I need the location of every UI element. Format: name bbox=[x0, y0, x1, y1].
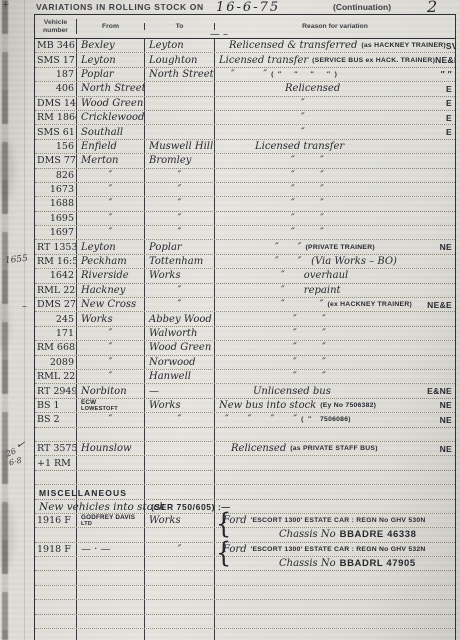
table-row: 1918 F — · — ″ { Ford 'ESCORT 1300' ESTA… bbox=[35, 543, 455, 557]
reason-text: Chassis No bbox=[279, 558, 336, 569]
reason-detail: BBADRE 46338 bbox=[340, 529, 417, 540]
from-cell: Hackney bbox=[77, 284, 145, 297]
reason-cell: ″ ″ (PRIVATE TRAINER) NE bbox=[215, 240, 455, 253]
reason-cell: { Ford 'ESCORT 1300' ESTATE CAR : REGN N… bbox=[215, 514, 455, 527]
vehicle-cell: RT 2949 bbox=[35, 384, 77, 397]
table-row: SMS 611 Southall ″ E bbox=[35, 125, 455, 139]
reason-cell: ″ ″ bbox=[215, 169, 455, 182]
reason-cell: ″ repaint bbox=[215, 284, 455, 297]
variation-code: E bbox=[446, 84, 455, 94]
header-stray-dash: — – bbox=[210, 29, 228, 40]
reason-detail: ( ″ 7506086) bbox=[301, 416, 351, 423]
reason-text: Relicensed & transferred bbox=[229, 40, 357, 51]
reason-cell: ″ ″ bbox=[215, 370, 455, 383]
variation-code: NE&E bbox=[427, 300, 455, 310]
reason-cell: ″ ″ bbox=[215, 327, 455, 340]
brace-mark: { bbox=[216, 508, 231, 540]
vehicle-cell: 1673 bbox=[35, 183, 77, 196]
vehicle-cell: 1642 bbox=[35, 269, 77, 282]
vehicle-cell: 156 bbox=[35, 140, 77, 153]
from-cell bbox=[77, 586, 145, 599]
to-cell: Muswell Hill bbox=[145, 140, 215, 153]
fold-crease bbox=[24, 0, 25, 640]
header-vehicle-number: Vehicle number bbox=[35, 19, 77, 35]
variation-code: NE bbox=[440, 400, 455, 410]
table-row: 826 ″ ″ ″ ″ bbox=[35, 169, 455, 183]
reason-cell: ″ ″ (Via Works – BO) bbox=[215, 255, 455, 268]
from-cell: ″ bbox=[77, 197, 145, 210]
to-cell bbox=[145, 456, 215, 469]
reason-cell: ″ ″ bbox=[215, 226, 455, 239]
reason-text: ″ ″ bbox=[291, 170, 324, 181]
from-cell: ″ bbox=[77, 327, 145, 340]
table-body: MB 346 Bexley Leyton Relicensed & transf… bbox=[35, 39, 455, 640]
to-cell: ″ bbox=[145, 197, 215, 210]
reason-text: ″ overhaul bbox=[281, 270, 348, 281]
to-cell: ″ bbox=[145, 413, 215, 426]
vehicle-cell bbox=[35, 600, 77, 613]
from-cell: ″ bbox=[77, 183, 145, 196]
margin-note: – bbox=[22, 301, 27, 312]
from-cell bbox=[77, 557, 145, 570]
date-handwritten: 16-6-75 bbox=[216, 0, 280, 15]
section-row: MISCELLANEOUS bbox=[35, 485, 455, 499]
table-row: RM 1864 Cricklewood ″ E bbox=[35, 111, 455, 125]
reason-text: ″ repaint bbox=[281, 285, 341, 296]
to-cell: Walworth bbox=[145, 327, 215, 340]
from-cell: GODFREY DAVISLTD bbox=[77, 514, 145, 527]
reason-text: Relicensed bbox=[285, 83, 340, 94]
vehicle-cell: MB 346 bbox=[35, 39, 77, 52]
table-row: 2089 ″ Norwood ″ ″ bbox=[35, 356, 455, 370]
vehicle-cell: RM 1864 bbox=[35, 111, 77, 124]
table-row: BS 1 ECWLOWESTOFT Works New bus into sto… bbox=[35, 399, 455, 413]
from-cell: — · — bbox=[77, 543, 145, 556]
vehicle-cell: RML 2281 bbox=[35, 284, 77, 297]
from-cell: Wood Green bbox=[77, 97, 145, 110]
vehicle-cell: 2089 bbox=[35, 356, 77, 369]
from-cell: ″ bbox=[77, 370, 145, 383]
to-cell bbox=[145, 82, 215, 95]
vehicle-cell: SMS 611 bbox=[35, 125, 77, 138]
reason-cell: New bus into stock (Ey No 7506382) NE bbox=[215, 399, 455, 412]
reason-detail: BBADRL 47905 bbox=[340, 558, 416, 569]
reason-cell: ″ ″ bbox=[215, 312, 455, 325]
table-row: DMS 1474 Wood Green ″ E bbox=[35, 97, 455, 111]
to-cell: Wood Green bbox=[145, 341, 215, 354]
reason-cell: Chassis No BBADRL 47905 bbox=[215, 557, 455, 570]
table-row bbox=[35, 586, 455, 600]
reason-text: ″ bbox=[301, 127, 305, 138]
vehicle-cell: 187 bbox=[35, 68, 77, 81]
reason-cell bbox=[215, 629, 455, 640]
from-cell bbox=[77, 615, 145, 628]
table-row: Chassis No BBADRL 47905 bbox=[35, 557, 455, 571]
vehicle-cell: DMS 777 bbox=[35, 154, 77, 167]
reason-detail: (SERVICE BUS ex HACK. TRAINER) bbox=[312, 57, 435, 64]
reason-cell bbox=[215, 586, 455, 599]
table-row: 171 ″ Walworth ″ ″ bbox=[35, 327, 455, 341]
from-cell: Hounslow bbox=[77, 442, 145, 455]
vehicle-cell: 245 bbox=[35, 312, 77, 325]
table-row: 406 North Street Relicensed E bbox=[35, 82, 455, 96]
from-cell: New Cross bbox=[77, 298, 145, 311]
vehicle-cell bbox=[35, 629, 77, 640]
to-cell: ″ bbox=[145, 543, 215, 556]
from-cell: North Street bbox=[77, 82, 145, 95]
reason-text: ″ ″ bbox=[293, 371, 326, 382]
from-cell: ″ bbox=[77, 169, 145, 182]
from-cell: ″ bbox=[77, 212, 145, 225]
vehicle-cell bbox=[35, 615, 77, 628]
to-cell: Abbey Wood bbox=[145, 312, 215, 325]
reason-cell bbox=[215, 600, 455, 613]
brace-mark: { bbox=[216, 537, 231, 569]
reason-text: ″ ″ bbox=[293, 328, 326, 339]
reason-cell: Relicensed & transferred (as HACKNEY TRA… bbox=[215, 39, 455, 52]
vehicle-cell: RT 3575 bbox=[35, 442, 77, 455]
from-cell: Norbiton bbox=[77, 384, 145, 397]
to-cell: Norwood bbox=[145, 356, 215, 369]
vehicle-cell: +1 RM bbox=[35, 456, 77, 469]
variation-code: E bbox=[446, 98, 455, 108]
variation-code: NE bbox=[440, 242, 455, 252]
table-row: RM 668 ″ Wood Green ″ ″ bbox=[35, 341, 455, 355]
scanned-document-page: VARIATIONS IN ROLLING STOCK ON 16-6-75 (… bbox=[0, 0, 460, 640]
margin-note: ✓ bbox=[15, 437, 26, 451]
reason-text: ″ ″ bbox=[293, 314, 326, 325]
reason-cell: Relicensed E bbox=[215, 82, 455, 95]
table-row bbox=[35, 471, 455, 485]
reason-text: ″ ″ bbox=[291, 213, 324, 224]
from-cell: Bexley bbox=[77, 39, 145, 52]
scan-smudge bbox=[0, 300, 10, 350]
reason-cell: Relicensed (as PRIVATE STAFF BUS) NE bbox=[215, 442, 455, 455]
vehicle-cell: 1916 F bbox=[35, 514, 77, 527]
vehicle-cell: RM 16:5 bbox=[35, 255, 77, 268]
reason-cell bbox=[215, 456, 455, 469]
from-cell: Merton bbox=[77, 154, 145, 167]
table-row: RT 1353 Leyton Poplar ″ ″ (PRIVATE TRAIN… bbox=[35, 240, 455, 254]
continuation-label: (Continuation) bbox=[333, 2, 391, 12]
rolling-stock-table: Vehicle number From To — – Reason for va… bbox=[34, 14, 456, 640]
table-row: 1673 ″ ″ ″ ″ bbox=[35, 183, 455, 197]
to-cell bbox=[145, 442, 215, 455]
vehicle-cell: RT 1353 bbox=[35, 240, 77, 253]
table-row: RM 16:5 Peckham Tottenham ″ ″ (Via Works… bbox=[35, 255, 455, 269]
vehicle-cell: RML 2266 bbox=[35, 370, 77, 383]
from-cell bbox=[77, 600, 145, 613]
table-row: 245 Works Abbey Wood ″ ″ bbox=[35, 312, 455, 326]
reason-cell: Licensed transfer bbox=[215, 140, 455, 153]
table-row: 1695 ″ ″ ″ ″ bbox=[35, 212, 455, 226]
reason-cell: Unlicensed bus E&NE bbox=[215, 384, 455, 397]
to-cell bbox=[145, 97, 215, 110]
vehicle-cell: 1697 bbox=[35, 226, 77, 239]
scan-smudge bbox=[0, 500, 14, 570]
reason-cell: ″ ″ bbox=[215, 197, 455, 210]
reason-detail: ( ″ ″ ″ ″ ) bbox=[271, 71, 337, 78]
reason-cell: ″ overhaul bbox=[215, 269, 455, 282]
vehicle-cell: DMS 1474 bbox=[35, 97, 77, 110]
reason-text: ″ bbox=[301, 98, 305, 109]
vehicle-cell: 406 bbox=[35, 82, 77, 95]
to-cell bbox=[145, 629, 215, 640]
to-cell bbox=[145, 528, 215, 541]
reason-cell: ″ ″ bbox=[215, 212, 455, 225]
to-cell bbox=[145, 571, 215, 584]
to-cell: ″ bbox=[145, 212, 215, 225]
vehicle-cell: SMS 171 bbox=[35, 53, 77, 66]
variation-code: NE&E bbox=[435, 55, 455, 65]
to-cell bbox=[145, 111, 215, 124]
from-cell bbox=[77, 629, 145, 640]
table-row: MB 346 Bexley Leyton Relicensed & transf… bbox=[35, 39, 455, 53]
table-row bbox=[35, 629, 455, 640]
reason-cell bbox=[215, 615, 455, 628]
from-cell: Leyton bbox=[77, 53, 145, 66]
table-row bbox=[35, 571, 455, 585]
reason-cell: ″ ″ bbox=[215, 154, 455, 167]
table-row: BS 2 ″ ″ ″ ″ ″ ″ ( ″ 7506086) NE bbox=[35, 413, 455, 427]
variation-code: NE bbox=[440, 444, 455, 454]
reason-cell bbox=[215, 428, 455, 441]
table-row bbox=[35, 428, 455, 442]
variation-code: E bbox=[446, 127, 455, 137]
to-cell bbox=[145, 557, 215, 570]
from-cell: ″ bbox=[77, 341, 145, 354]
table-row: SMS 171 Leyton Loughton Licensed transfe… bbox=[35, 53, 455, 67]
from-cell: ″ bbox=[77, 226, 145, 239]
section-text: New vehicles into stock bbox=[39, 501, 165, 513]
variation-code: E bbox=[446, 113, 455, 123]
vehicle-cell bbox=[35, 571, 77, 584]
vehicle-cell: RM 668 bbox=[35, 341, 77, 354]
reason-text: ″ ″ bbox=[293, 357, 326, 368]
to-cell: Bromley bbox=[145, 154, 215, 167]
to-cell: Tottenham bbox=[145, 255, 215, 268]
vehicle-cell: DMS 270 bbox=[35, 298, 77, 311]
from-cell: Cricklewood bbox=[77, 111, 145, 124]
vehicle-cell bbox=[35, 586, 77, 599]
reason-cell bbox=[215, 471, 455, 484]
reason-cell: ″ ″ ( ″ ″ ″ ″ ) ″ ″ bbox=[215, 68, 455, 81]
reason-detail: (as HACKNEY TRAINER) bbox=[361, 42, 446, 49]
from-cell: Enfield bbox=[77, 140, 145, 153]
header-from: From bbox=[77, 23, 145, 31]
reason-text: ″ ″ bbox=[231, 69, 267, 80]
reason-detail: (ex HACKNEY TRAINER) bbox=[327, 301, 412, 308]
vehicle-cell bbox=[35, 528, 77, 541]
reason-detail: (PRIVATE TRAINER) bbox=[306, 244, 375, 251]
reason-text: ″ ″ (Via Works – BO) bbox=[275, 256, 397, 267]
section-row: New vehicles into stock (SER 750/605) :— bbox=[35, 500, 455, 514]
to-cell: — bbox=[145, 384, 215, 397]
reason-cell: ″ E bbox=[215, 125, 455, 138]
reason-text: ″ ″ bbox=[291, 155, 324, 166]
to-cell: Poplar bbox=[145, 240, 215, 253]
table-row: 156 Enfield Muswell Hill Licensed transf… bbox=[35, 140, 455, 154]
to-cell: ″ bbox=[145, 226, 215, 239]
to-cell: ″ bbox=[145, 284, 215, 297]
table-row bbox=[35, 615, 455, 629]
table-row: 1688 ″ ″ ″ ″ bbox=[35, 197, 455, 211]
from-cell: Poplar bbox=[77, 68, 145, 81]
reason-text: Licensed transfer bbox=[219, 55, 308, 66]
to-cell: Leyton bbox=[145, 39, 215, 52]
table-row: Chassis No BBADRE 46338 bbox=[35, 528, 455, 542]
vehicle-cell bbox=[35, 557, 77, 570]
reason-text: Unlicensed bus bbox=[253, 386, 331, 397]
reason-detail: 'ESCORT 1300' ESTATE CAR : REGN No GHV 5… bbox=[251, 546, 426, 553]
variation-code: NE bbox=[440, 415, 455, 425]
page-title: VARIATIONS IN ROLLING STOCK ON bbox=[36, 2, 204, 12]
reason-text: Licensed transfer bbox=[255, 141, 344, 152]
to-cell bbox=[145, 600, 215, 613]
to-cell bbox=[145, 428, 215, 441]
reason-cell: ″ E bbox=[215, 97, 455, 110]
reason-text: ″ ″ bbox=[275, 242, 302, 253]
variation-code: ″ ″ bbox=[441, 69, 455, 79]
to-cell: Loughton bbox=[145, 53, 215, 66]
to-cell: ″ bbox=[145, 298, 215, 311]
reason-detail: (Ey No 7506382) bbox=[320, 402, 376, 409]
from-cell: ECWLOWESTOFT bbox=[77, 399, 145, 412]
table-row: 1642 Riverside Works ″ overhaul bbox=[35, 269, 455, 283]
reason-cell: Chassis No BBADRE 46338 bbox=[215, 528, 455, 541]
reason-text: Relicensed bbox=[231, 443, 286, 454]
reason-cell: Licensed transfer (SERVICE BUS ex HACK. … bbox=[215, 53, 455, 66]
reason-cell: ″ E bbox=[215, 111, 455, 124]
to-cell bbox=[145, 471, 215, 484]
from-cell bbox=[77, 428, 145, 441]
table-row: 1697 ″ ″ ″ ″ bbox=[35, 226, 455, 240]
reason-text: New bus into stock bbox=[219, 400, 316, 411]
reason-text: ″ ″ bbox=[281, 299, 323, 310]
table-row: RT 3575 Hounslow Relicensed (as PRIVATE … bbox=[35, 442, 455, 456]
reason-cell: { Ford 'ESCORT 1300' ESTATE CAR : REGN N… bbox=[215, 543, 455, 556]
reason-cell: ″ ″ ″ ″ ( ″ 7506086) NE bbox=[215, 413, 455, 426]
scan-smudge bbox=[0, 140, 14, 200]
margin-note: 6·8 bbox=[8, 456, 23, 468]
reason-text: ″ ″ ″ ″ bbox=[225, 414, 297, 425]
table-header-row: Vehicle number From To — – Reason for va… bbox=[35, 15, 455, 39]
to-cell: Works bbox=[145, 399, 215, 412]
to-cell: Works bbox=[145, 514, 215, 527]
reason-text: ″ bbox=[301, 112, 305, 123]
reason-detail: 'ESCORT 1300' ESTATE CAR : REGN No GHV 5… bbox=[251, 517, 426, 524]
from-cell bbox=[77, 571, 145, 584]
vehicle-cell: 826 bbox=[35, 169, 77, 182]
vehicle-cell: BS 2 bbox=[35, 413, 77, 426]
table-row: 1916 F GODFREY DAVISLTD Works { Ford 'ES… bbox=[35, 514, 455, 528]
to-cell: Works bbox=[145, 269, 215, 282]
table-row: DMS 777 Merton Bromley ″ ″ bbox=[35, 154, 455, 168]
table-row: +1 RM bbox=[35, 456, 455, 470]
variation-code: SVS&E bbox=[446, 41, 455, 51]
reason-cell: ″ ″ bbox=[215, 356, 455, 369]
reason-text: ″ ″ bbox=[291, 198, 324, 209]
table-row: RT 2949 Norbiton — Unlicensed bus E&NE bbox=[35, 384, 455, 398]
reason-text: Chassis No bbox=[279, 529, 336, 540]
to-cell bbox=[145, 125, 215, 138]
header-reason: Reason for variation bbox=[215, 23, 455, 31]
section-text: MISCELLANEOUS bbox=[39, 488, 127, 498]
table-row: DMS 270 New Cross ″ ″ ″ (ex HACKNEY TRAI… bbox=[35, 298, 455, 312]
reason-cell: ″ ″ (ex HACKNEY TRAINER) NE&E bbox=[215, 298, 455, 311]
variation-code: E&NE bbox=[427, 386, 455, 396]
from-cell: Riverside bbox=[77, 269, 145, 282]
reason-text: ″ ″ bbox=[291, 227, 324, 238]
vehicle-cell: 1695 bbox=[35, 212, 77, 225]
from-cell: Peckham bbox=[77, 255, 145, 268]
table-row: RML 2266 ″ Hanwell ″ ″ bbox=[35, 370, 455, 384]
reason-cell: ″ ″ bbox=[215, 341, 455, 354]
margin-note: + bbox=[2, 0, 10, 10]
to-cell bbox=[145, 615, 215, 628]
vehicle-cell bbox=[35, 428, 77, 441]
vehicle-cell bbox=[35, 471, 77, 484]
from-cell bbox=[77, 471, 145, 484]
reason-text: ″ ″ bbox=[293, 342, 326, 353]
from-cell: Southall bbox=[77, 125, 145, 138]
to-cell: ″ bbox=[145, 183, 215, 196]
reason-cell: ″ ″ bbox=[215, 183, 455, 196]
from-cell: ″ bbox=[77, 413, 145, 426]
from-cell: Works bbox=[77, 312, 145, 325]
from-cell bbox=[77, 456, 145, 469]
table-row: 187 Poplar North Street ″ ″ ( ″ ″ ″ ″ ) … bbox=[35, 68, 455, 82]
table-row: RML 2281 Hackney ″ ″ repaint bbox=[35, 284, 455, 298]
vehicle-cell: 1688 bbox=[35, 197, 77, 210]
reason-cell bbox=[215, 571, 455, 584]
header-to: To — – bbox=[145, 23, 215, 31]
to-cell: Hanwell bbox=[145, 370, 215, 383]
reason-detail: (as PRIVATE STAFF BUS) bbox=[290, 445, 377, 452]
vehicle-cell: 171 bbox=[35, 327, 77, 340]
to-cell: ″ bbox=[145, 169, 215, 182]
vehicle-cell: BS 1 bbox=[35, 399, 77, 412]
from-cell bbox=[77, 528, 145, 541]
from-cell: ″ bbox=[77, 356, 145, 369]
from-cell: Leyton bbox=[77, 240, 145, 253]
vehicle-cell: 1918 F bbox=[35, 543, 77, 556]
reason-text: ″ ″ bbox=[291, 184, 324, 195]
table-row bbox=[35, 600, 455, 614]
to-cell: North Street bbox=[145, 68, 215, 81]
to-cell bbox=[145, 586, 215, 599]
